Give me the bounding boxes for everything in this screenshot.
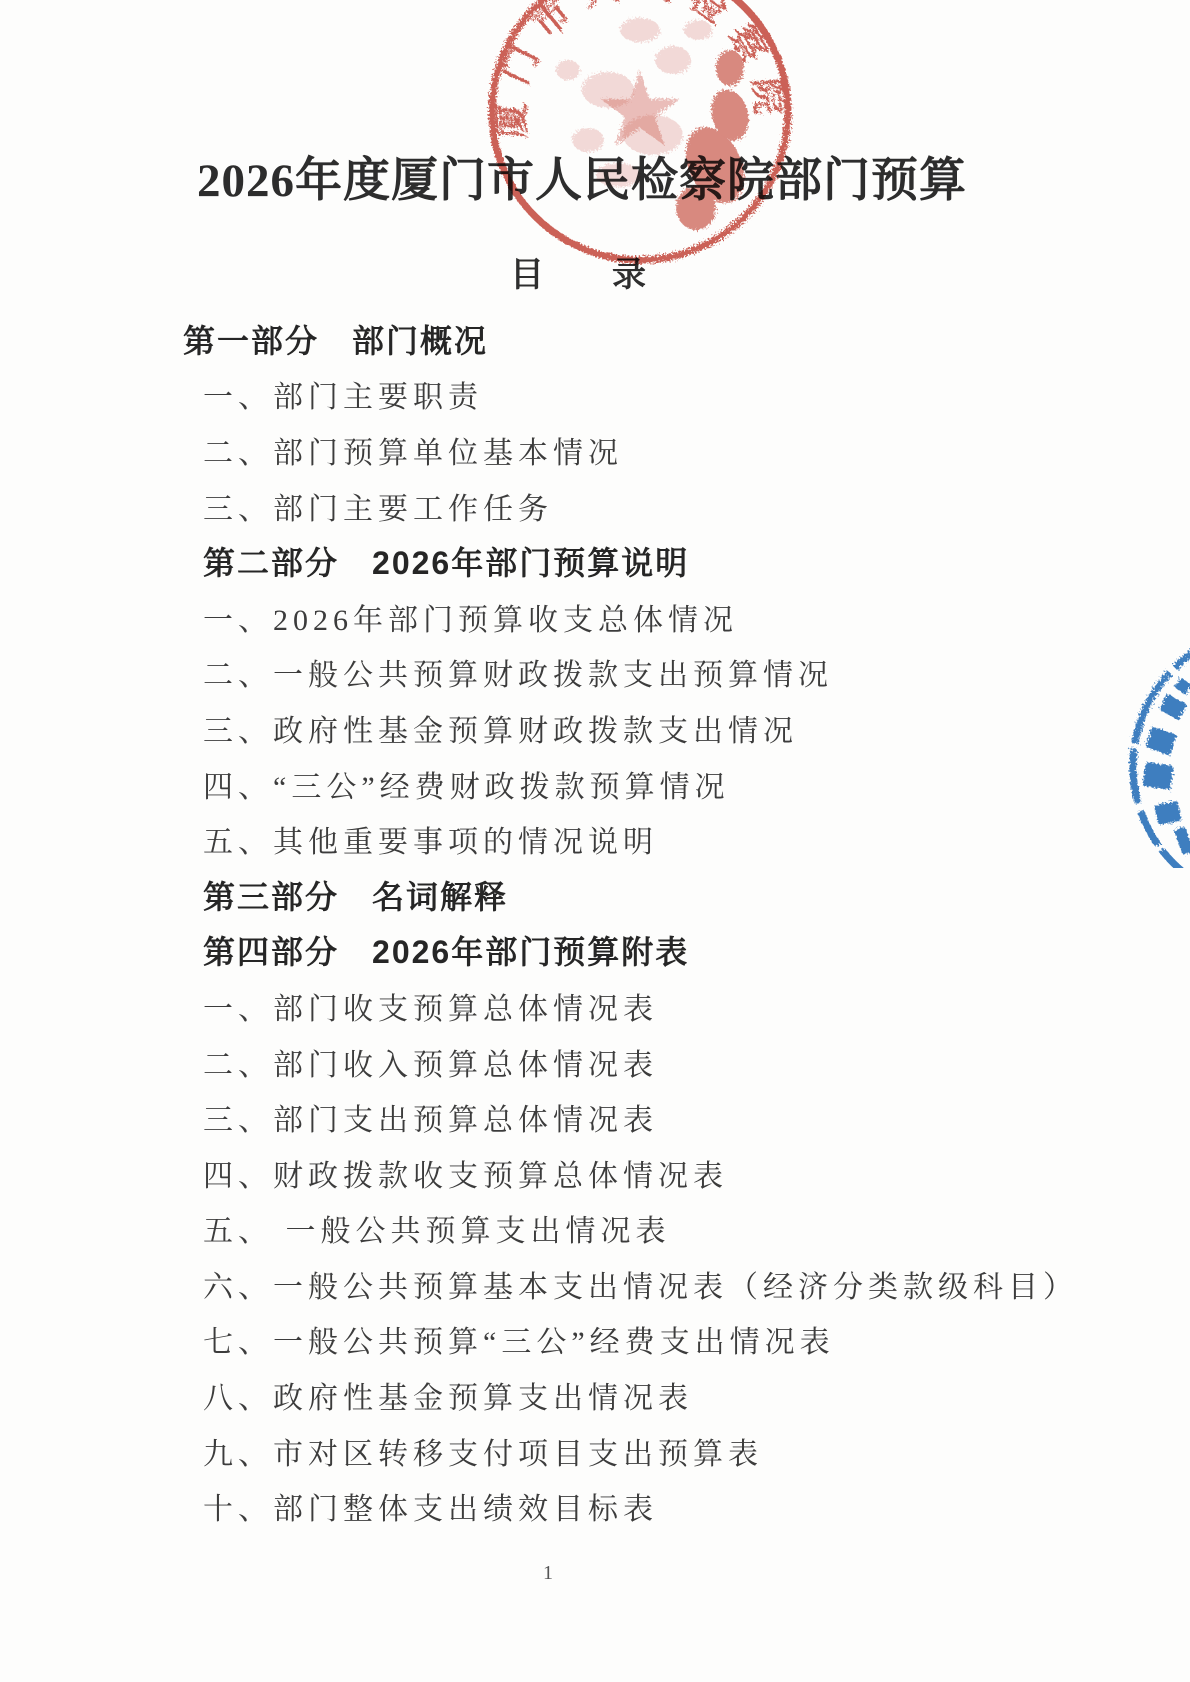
toc-item-label: 一、部门收支预算总体情况表 [203, 984, 658, 1028]
toc-item: 一、部门主要职责 [203, 367, 1078, 423]
document-page: 厦门市人民检察院 [0, 0, 1190, 1682]
toc-item: 二、部门收入预算总体情况表 [203, 1034, 1078, 1090]
seal-dense-ink-blob [675, 50, 756, 230]
toc-item: 八、政府性基金预算支出情况表 [203, 1367, 1078, 1423]
toc-item: 九、市对区转移支付项目支出预算表 [203, 1423, 1078, 1479]
toc-item-label: 二、部门预算单位基本情况 [203, 428, 623, 472]
toc-section-name: 2026年部门预算附表 [372, 927, 689, 973]
toc-item: 十、部门整体支出绩效目标表 [203, 1478, 1078, 1534]
red-official-seal-stamp: 厦门市人民检察院 [468, 0, 813, 285]
toc-item: 三、部门支出预算总体情况表 [203, 1089, 1078, 1145]
toc-item-label: 四、财政拨款收支预算总体情况表 [203, 1151, 728, 1195]
toc-item-label: 一、2026年部门预算收支总体情况 [203, 595, 738, 639]
toc-item-label: 五、其他重要事项的情况说明 [203, 817, 658, 861]
toc-section-part: 第四部分 [203, 927, 339, 973]
toc-item-label: 六、一般公共预算基本支出情况表（经济分类款级科目） [203, 1262, 1078, 1306]
toc-section-part: 第三部分 [203, 872, 339, 918]
toc-item: 四、“三公”经费财政拨款预算情况 [203, 756, 1078, 812]
toc-item-label: 三、部门支出预算总体情况表 [203, 1095, 658, 1139]
toc-section-heading: 第三部分 名词解释 [203, 867, 1078, 923]
toc-item: 一、部门收支预算总体情况表 [203, 978, 1078, 1034]
toc-section-heading: 第四部分 2026年部门预算附表 [203, 923, 1078, 979]
toc-item-label: 二、部门收入预算总体情况表 [203, 1040, 658, 1084]
toc-item: 六、一般公共预算基本支出情况表（经济分类款级科目） [203, 1256, 1078, 1312]
toc-item-label: 四、“三公”经费财政拨款预算情况 [203, 762, 730, 806]
toc-item-label: 二、一般公共预算财政拨款支出预算情况 [203, 650, 833, 694]
toc-section-name: 部门概况 [352, 316, 488, 362]
toc-section-part: 第一部分 [183, 316, 319, 362]
toc-item-label: 七、一般公共预算“三公”经费支出情况表 [203, 1317, 835, 1361]
toc-item-label: 三、政府性基金预算财政拨款支出情况 [203, 706, 798, 750]
toc-section-name: 2026年部门预算说明 [372, 538, 689, 584]
toc-item-label: 八、政府性基金预算支出情况表 [203, 1373, 693, 1417]
toc-item: 三、政府性基金预算财政拨款支出情况 [203, 700, 1078, 756]
toc-item-label: 九、市对区转移支付项目支出预算表 [203, 1429, 763, 1473]
toc-item-label: 三、部门主要工作任务 [203, 484, 553, 528]
toc-section-heading: 第二部分 2026年部门预算说明 [203, 533, 1078, 589]
toc-item: 七、一般公共预算“三公”经费支出情况表 [203, 1312, 1078, 1368]
toc-item-label: 十、部门整体支出绩效目标表 [203, 1484, 658, 1528]
blue-partial-stamp [1118, 618, 1190, 868]
toc-section-heading: 第一部分 部门概况 [183, 311, 1078, 367]
toc-item-label: 五、 一般公共预算支出情况表 [203, 1206, 671, 1250]
toc-section-name: 名词解释 [372, 872, 508, 918]
seal-graphic: 厦门市人民检察院 [492, 0, 790, 260]
toc-section-part: 第二部分 [203, 538, 339, 584]
blue-stamp-graphic [1133, 629, 1190, 868]
toc-item-label: 一、部门主要职责 [203, 372, 483, 416]
toc-item: 一、2026年部门预算收支总体情况 [203, 589, 1078, 645]
toc-item: 五、 一般公共预算支出情况表 [203, 1201, 1078, 1257]
toc-item: 二、一般公共预算财政拨款支出预算情况 [203, 645, 1078, 701]
toc-item: 二、部门预算单位基本情况 [203, 422, 1078, 478]
toc-item: 五、其他重要事项的情况说明 [203, 811, 1078, 867]
table-of-contents: 第一部分 部门概况 一、部门主要职责 二、部门预算单位基本情况 三、部门主要工作… [203, 311, 1078, 1534]
page-number: 1 [0, 1562, 1096, 1585]
toc-item: 三、部门主要工作任务 [203, 478, 1078, 534]
toc-item: 四、财政拨款收支预算总体情况表 [203, 1145, 1078, 1201]
